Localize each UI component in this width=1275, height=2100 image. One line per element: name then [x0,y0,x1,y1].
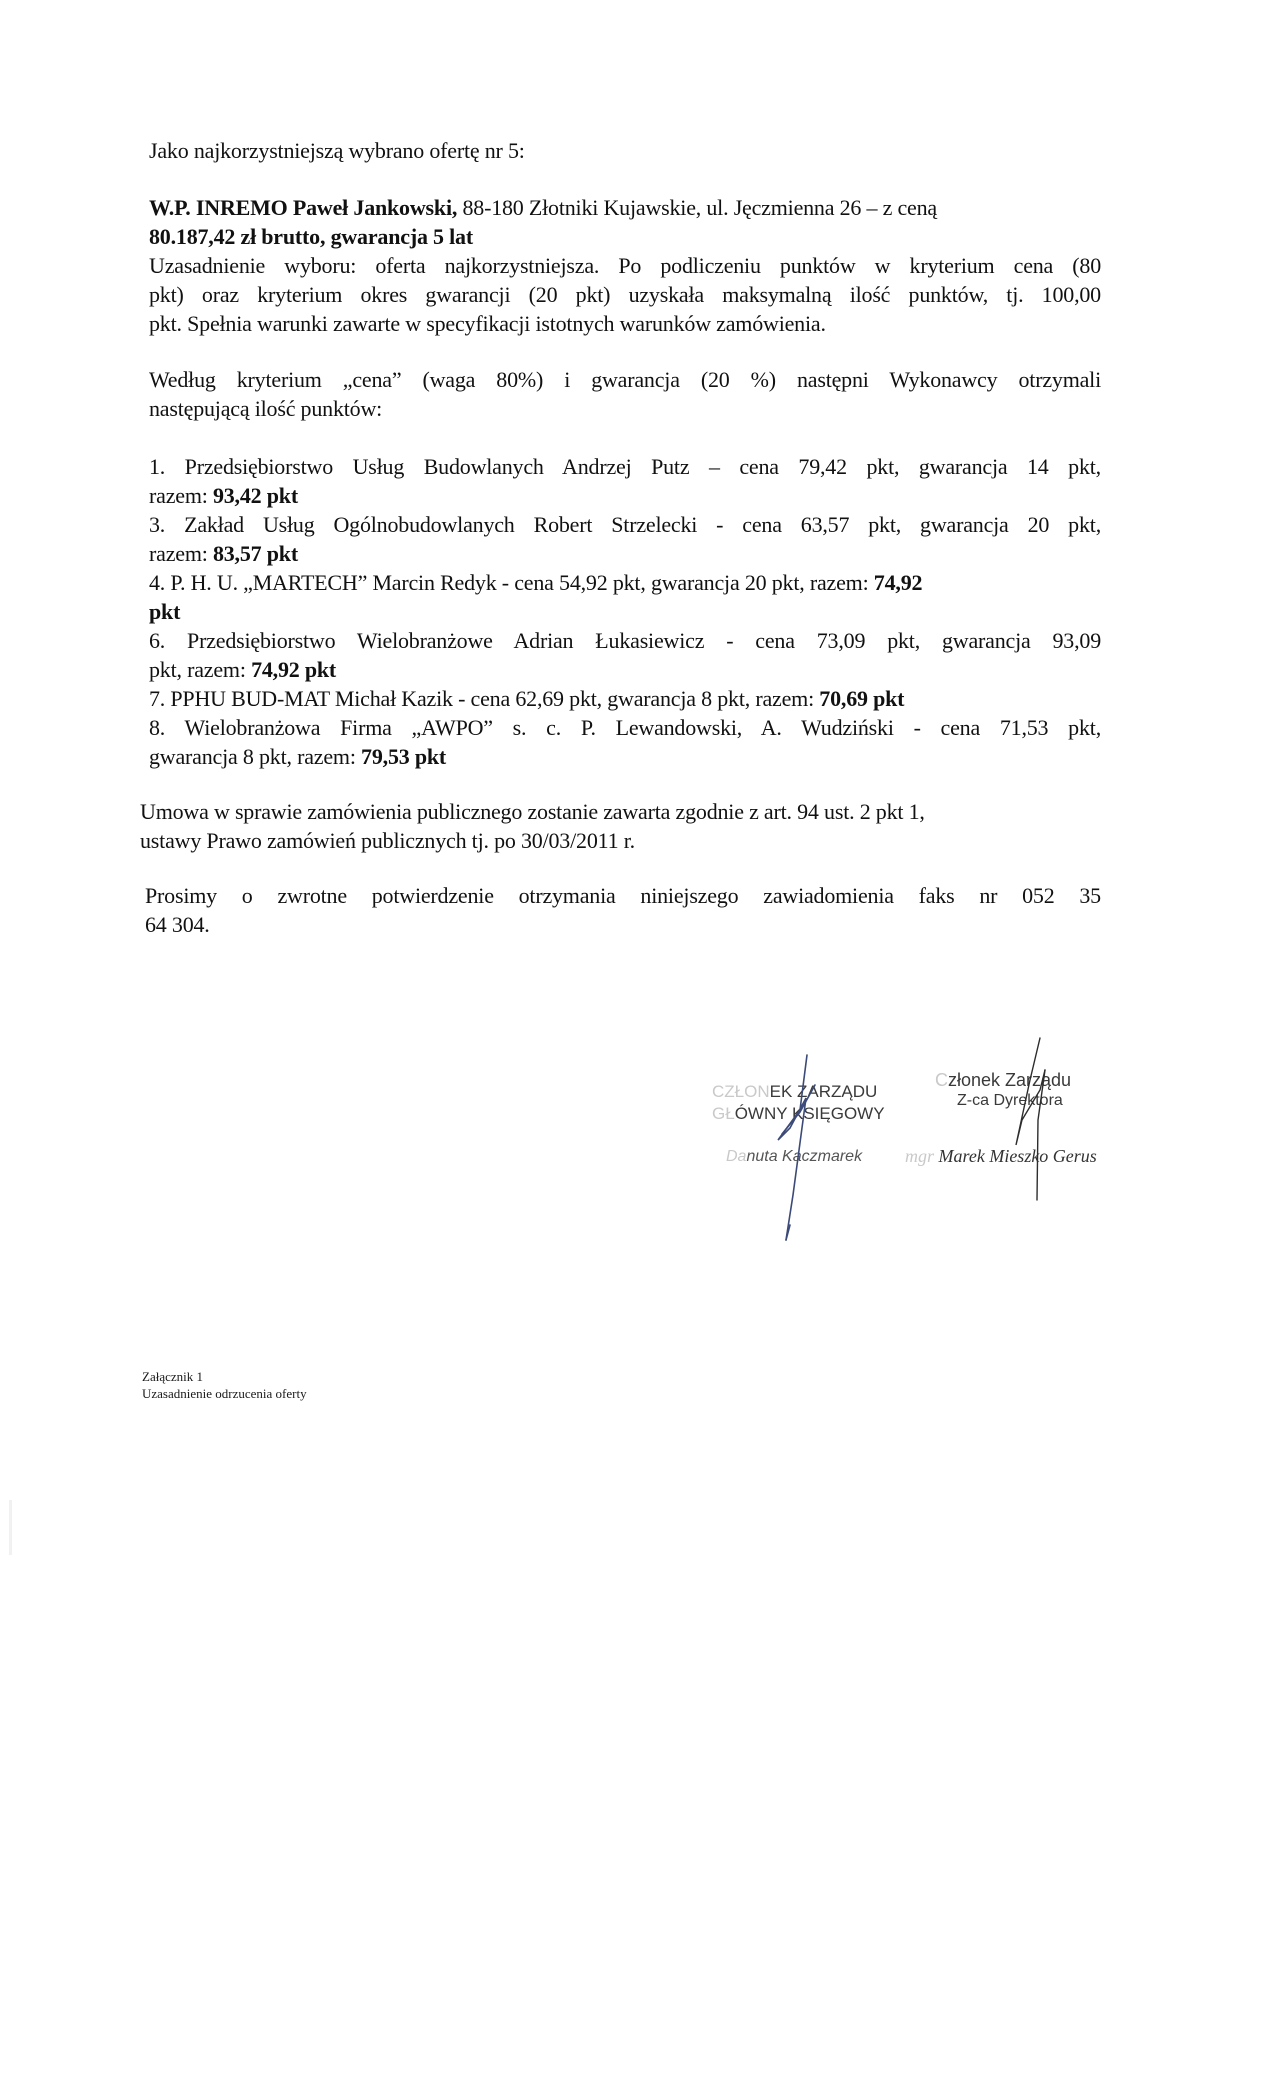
offer-1-line-1: 1. Przedsiębiorstwo Usług Budowlanych An… [149,452,1101,481]
intro-text: Jako najkorzystniejszą wybrano ofertę nr… [149,136,525,165]
offer-4-line-2: pkt [149,597,180,626]
offer-6-line-2: pkt, razem: 74,92 pkt [149,655,336,684]
contract-line-2: ustawy Prawo zamówień publicznych tj. po… [140,826,635,855]
offer-8-total: 79,53 pkt [361,744,446,769]
offer-3-total-label: razem: [149,541,213,566]
stamp-left-name: Danuta Kaczmarek [726,1148,862,1166]
offer-1-total: 93,42 pkt [213,483,298,508]
offer-8-line-2: gwarancja 8 pkt, razem: 79,53 pkt [149,742,446,771]
offer-7-text: 7. PPHU BUD-MAT Michał Kazik - cena 62,6… [149,686,819,711]
stamp-right-role: Z-ca Dyrektora [957,1092,1063,1110]
attachment-title: Załącznik 1 [142,1368,203,1385]
offer-7-total: 70,69 pkt [819,686,904,711]
offer-3-total: 83,57 pkt [213,541,298,566]
stamp-right-name: mgr Marek Mieszko Gerus [905,1146,1097,1167]
document-page: Jako najkorzystniejszą wybrano ofertę nr… [0,0,1275,2100]
offer-1-line-2: razem: 93,42 pkt [149,481,298,510]
winner-price: 80.187,42 zł brutto, gwarancja 5 lat [149,222,473,251]
winner-address: 88-180 Złotniki Kujawskie, ul. Jęczmienn… [457,195,937,220]
stamp-right-title: Członek Zarządu [935,1070,1071,1091]
offer-6-line-1: 6. Przedsiębiorstwo Wielobranżowe Adrian… [149,626,1101,655]
justification-line-2: pkt) oraz kryterium okres gwarancji (20 … [149,280,1101,309]
justification-line-1: Uzasadnienie wyboru: oferta najkorzystni… [149,251,1101,280]
justification-line-3: pkt. Spełnia warunki zawarte w specyfika… [149,309,826,338]
winner-line: W.P. INREMO Paweł Jankowski, 88-180 Złot… [149,193,1101,222]
winner-name: W.P. INREMO Paweł Jankowski, [149,195,457,220]
offer-6-total: 74,92 pkt [251,657,336,682]
stamp-left-title: CZŁONEK ZARZĄDU [712,1082,877,1102]
attachment-subtitle: Uzasadnienie odrzucenia oferty [142,1385,307,1402]
offer-4-total: 74,92 [874,570,923,595]
contract-line-1: Umowa w sprawie zamówienia publicznego z… [140,797,925,826]
scan-artifact [9,1500,12,1555]
request-line-2: 64 304. [145,910,210,939]
offer-1-total-label: razem: [149,483,213,508]
request-line-1: Prosimy o zwrotne potwierdzenie otrzyman… [145,881,1101,910]
offer-7-line-1: 7. PPHU BUD-MAT Michał Kazik - cena 62,6… [149,684,904,713]
offer-4-text: 4. P. H. U. „MARTECH” Marcin Redyk - cen… [149,570,874,595]
offer-4-line-1: 4. P. H. U. „MARTECH” Marcin Redyk - cen… [149,568,1101,597]
offer-6-total-label: pkt, razem: [149,657,251,682]
criteria-intro-line-1: Według kryterium „cena” (waga 80%) i gwa… [149,365,1101,394]
stamp-left-role: GŁÓWNY KSIĘGOWY [712,1104,885,1124]
offer-8-total-label: gwarancja 8 pkt, razem: [149,744,361,769]
signature-right-icon [1016,1038,1045,1200]
offer-8-line-1: 8. Wielobranżowa Firma „AWPO” s. c. P. L… [149,713,1101,742]
criteria-intro-line-2: następującą ilość punktów: [149,394,382,423]
offer-3-line-1: 3. Zakład Usług Ogólnobudowlanych Robert… [149,510,1101,539]
offer-3-line-2: razem: 83,57 pkt [149,539,298,568]
